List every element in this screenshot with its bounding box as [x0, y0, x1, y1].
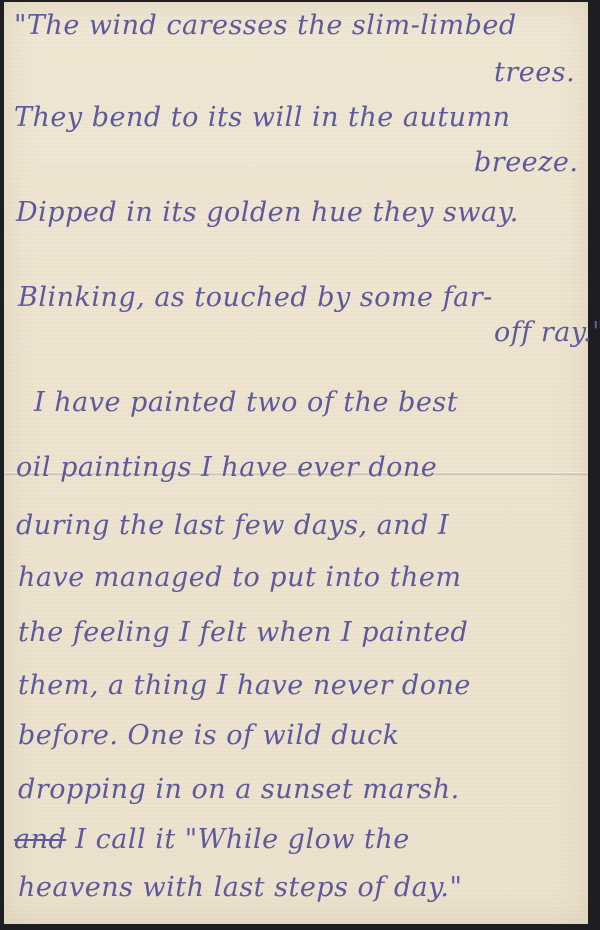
poem-line-1: "The wind caresses the slim-limbed: [14, 10, 517, 41]
poem-line-4-continuation: off ray.": [494, 317, 600, 348]
prose-line-8: dropping in on a sunset marsh.: [18, 774, 460, 805]
prose-line-2: oil paintings I have ever done: [16, 452, 437, 483]
struck-word: and: [14, 824, 66, 855]
poem-line-1-continuation: trees.: [494, 57, 575, 88]
prose-line-1: I have painted two of the best: [34, 387, 458, 418]
prose-line-5: the feeling I felt when I painted: [18, 617, 468, 648]
poem-line-2-continuation: breeze.: [474, 147, 578, 178]
prose-line-7: before. One is of wild duck: [18, 720, 399, 751]
prose-line-9-text: I call it "While glow the: [75, 824, 409, 855]
poem-line-4: Blinking, as touched by some far-: [18, 282, 493, 313]
letter-page: "The wind caresses the slim-limbed trees…: [4, 2, 588, 924]
prose-line-4: have managed to put into them: [18, 562, 461, 593]
prose-line-3: during the last few days, and I: [16, 510, 449, 541]
prose-line-10: heavens with last steps of day.": [18, 872, 462, 903]
prose-line-9: and I call it "While glow the: [14, 824, 410, 855]
poem-line-3: Dipped in its golden hue they sway.: [16, 197, 519, 228]
poem-line-2: They bend to its will in the autumn: [14, 102, 511, 133]
prose-line-6: them, a thing I have never done: [18, 670, 471, 701]
